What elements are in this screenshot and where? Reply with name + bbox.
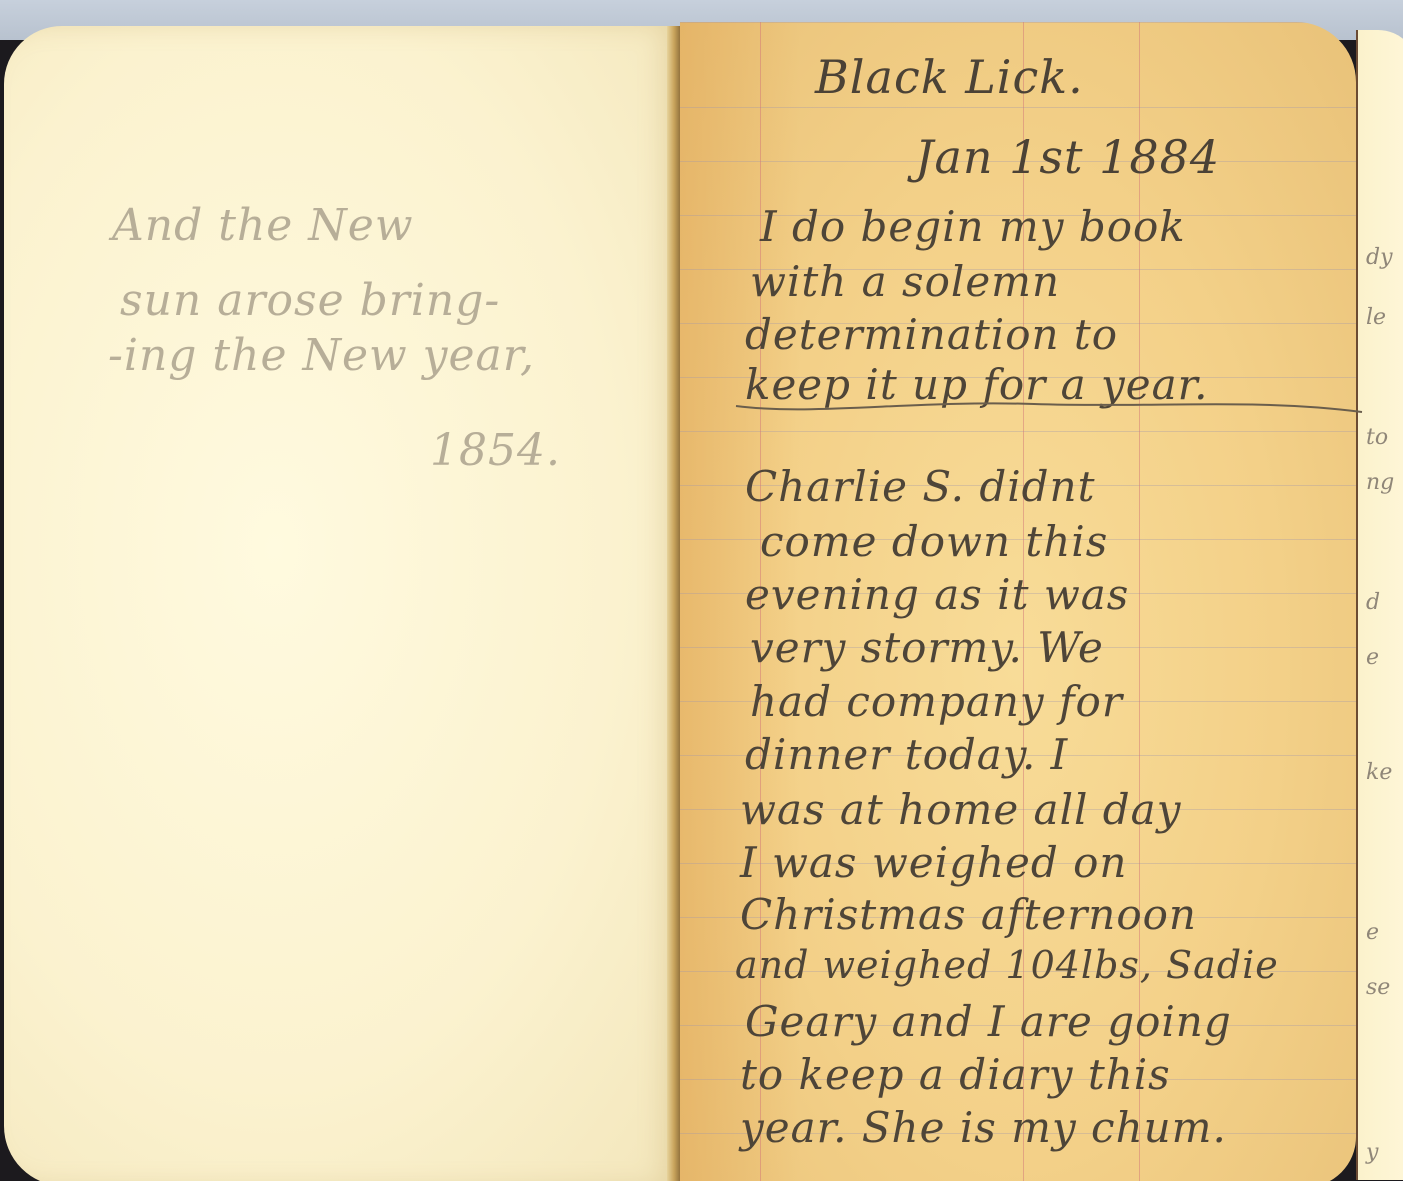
- diary-line: and weighed 104lbs, Sadie: [735, 943, 1279, 987]
- next-page-edge: dy le to ng d e ke e se y: [1356, 30, 1403, 1180]
- diary-line: I do begin my book: [760, 202, 1186, 251]
- diary-line: Christmas afternoon: [740, 890, 1197, 939]
- book-gutter: [667, 26, 681, 1181]
- next-page-fragment: ke: [1366, 760, 1392, 785]
- diary-line: with a solemn: [750, 257, 1060, 306]
- diary-line: to keep a diary this: [740, 1050, 1171, 1099]
- left-inscription-year: 1854.: [430, 425, 561, 476]
- next-page-fragment: se: [1366, 975, 1390, 1000]
- diary-line: Charlie S. didnt: [745, 462, 1095, 511]
- left-inscription-line: sun arose bring-: [120, 275, 500, 326]
- diary-line: come down this: [760, 517, 1108, 566]
- next-page-fragment: d: [1366, 590, 1380, 615]
- next-page-fragment: dy: [1366, 245, 1393, 270]
- diary-line: dinner today. I: [745, 730, 1068, 779]
- next-page-fragment: e: [1366, 920, 1379, 945]
- diary-line: I was weighed on: [740, 838, 1127, 887]
- next-page-fragment: to: [1366, 425, 1388, 450]
- diary-line: evening as it was: [745, 570, 1129, 619]
- next-page-fragment: ng: [1366, 470, 1394, 495]
- diary-line: Geary and I are going: [745, 997, 1232, 1046]
- next-page-fragment: le: [1366, 305, 1386, 330]
- diary-line: was at home all day: [740, 785, 1181, 834]
- next-page-fragment: e: [1366, 645, 1379, 670]
- diary-line: had company for: [750, 677, 1123, 726]
- diary-line: very stormy. We: [750, 623, 1104, 672]
- diary-line: determination to: [745, 310, 1118, 359]
- underline-flourish: [734, 396, 1364, 416]
- diary-location-heading: Black Lick.: [815, 50, 1084, 104]
- left-inscription-line: -ing the New year,: [108, 330, 535, 381]
- next-page-fragment: y: [1366, 1140, 1378, 1165]
- left-inscription-line: And the New: [112, 200, 414, 251]
- diary-entry-date: Jan 1st 1884: [915, 130, 1220, 184]
- diary-line: year. She is my chum.: [740, 1103, 1227, 1152]
